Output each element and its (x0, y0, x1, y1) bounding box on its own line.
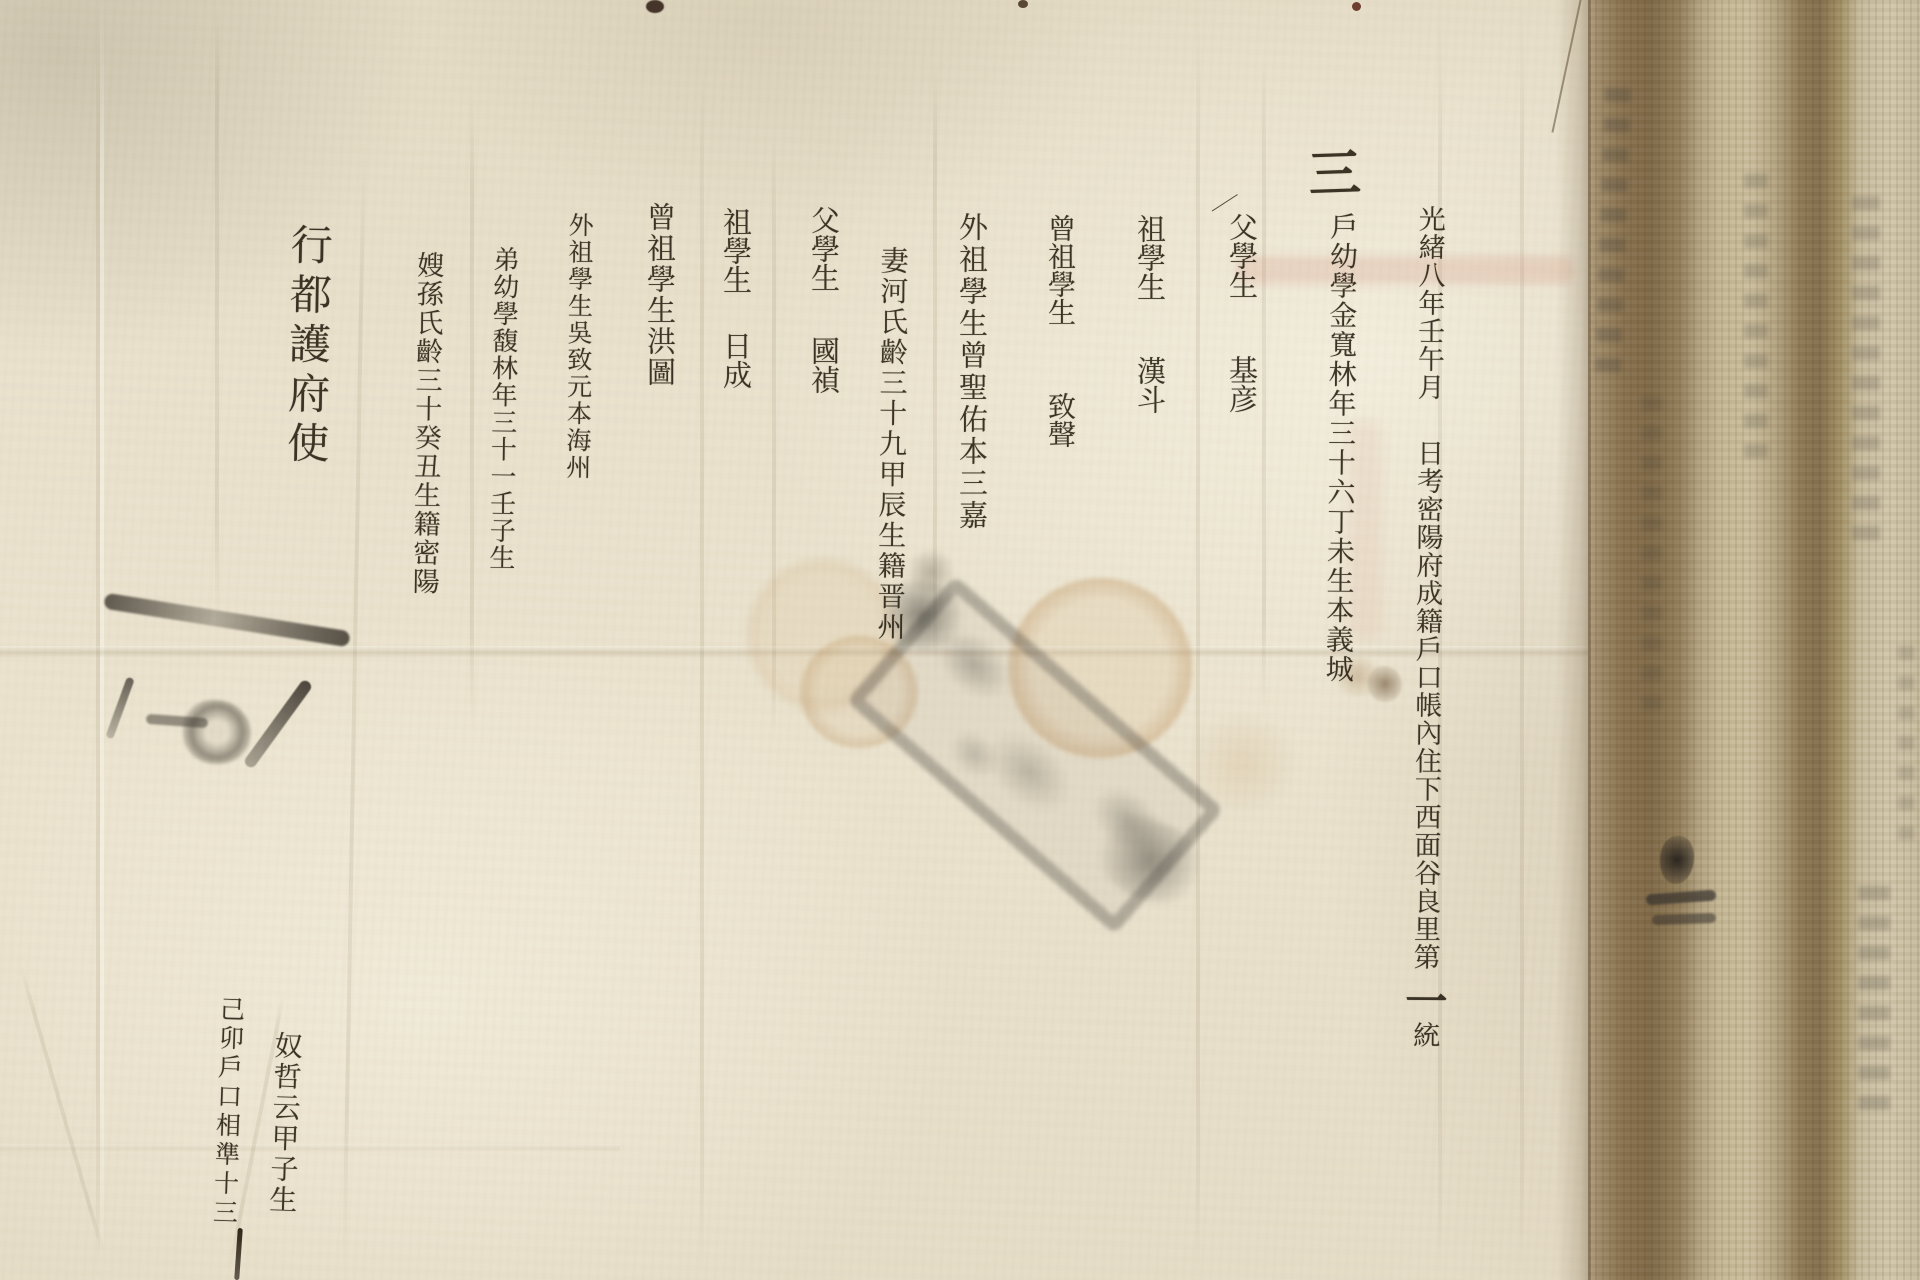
person-name: 日成 (719, 331, 753, 389)
column-slave-entry: 奴哲云甲子生 (261, 1030, 307, 1216)
photographed-register-page: 光緒八年壬午月日考密陽府成籍戶口帳內住下西面谷良里第一統 三 戶幼學金寬林年三十… (0, 0, 1920, 1280)
column-father: 父學生基彦 (1222, 212, 1263, 413)
era-date-text: 光緒八年壬午月 (1413, 205, 1445, 401)
column-wife-father: 父學生國禎 (804, 205, 845, 394)
person-name: 致聲 (1044, 392, 1077, 448)
column-wife-maternal-grandfather: 外祖學生吳致元本海州 (559, 212, 598, 481)
column-sister-in-law: 嫂孫氏齡三十癸丑生籍密陽 (404, 251, 448, 597)
column-brother: 弟幼學馥林年三十一壬子生 (482, 246, 524, 572)
person-name: 漢斗 (1133, 356, 1167, 414)
tong-suffix: 統 (1408, 1021, 1439, 1049)
column-household-number: 三 (1291, 145, 1368, 200)
relation-label: 父學生 (807, 205, 841, 292)
column-householder: 戶幼學金寬林年三十六丁未生本義城 (1318, 212, 1363, 684)
bleed-through-text-smudge (1852, 190, 1880, 540)
person-name: 基彦 (1225, 355, 1259, 413)
bleed-through-text-smudge (1744, 168, 1768, 458)
column-era-date-and-place: 光緒八年壬午月日考密陽府成籍戶口帳內住下西面谷良里第一統 (1393, 205, 1459, 1049)
red-speck (1352, 2, 1361, 11)
person-name: 國禎 (807, 336, 841, 394)
bleed-through-text-smudge (1898, 630, 1914, 840)
relation-label: 祖學生 (1133, 214, 1167, 301)
column-grandfather: 祖學生漢斗 (1130, 214, 1171, 414)
column-official-title: 行都護府使 (275, 222, 339, 471)
relation-label: 曾祖學生 (1044, 214, 1077, 326)
ink-speck (646, 0, 664, 13)
page-edge-line (1588, 0, 1591, 1280)
relation-label: 父學生 (1225, 212, 1259, 299)
column-great-grandfather: 曾祖學生致聲 (1040, 214, 1080, 448)
bleed-through-text-smudge (1642, 380, 1662, 710)
column-wife-grandfather: 祖學生日成 (716, 207, 757, 389)
big-numeral-one: 一 (1399, 979, 1448, 1021)
relation-label: 祖學生 (719, 207, 753, 294)
column-maternal-grandfather: 外祖學生曾聖佑本三嘉 (952, 212, 993, 532)
bleed-through-text-smudge (1858, 880, 1890, 1110)
column-wife-great-grandfather: 曾祖學生洪圖 (640, 202, 681, 388)
ink-speck (1018, 0, 1028, 8)
register-place-text: 日考密陽府成籍戶口帳內住下西面谷良里第 (1409, 439, 1444, 971)
